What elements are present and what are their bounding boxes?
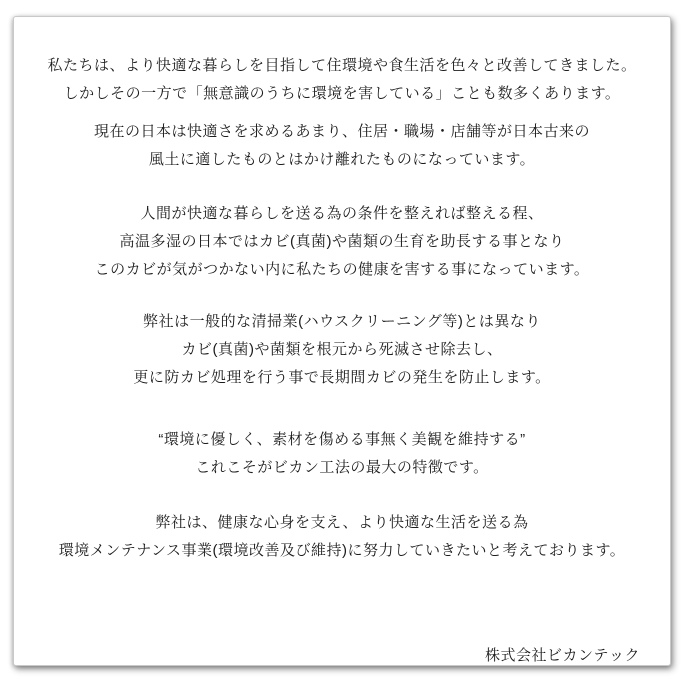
current-japan-paragraph: 現在の日本は快適さを求めるあまり、住居・職場・店舗等が日本古来の 風土に適したも… bbox=[30, 118, 654, 174]
closing-paragraph: 弊社は、健康な心身を支え、より快適な生活を送る為 環境メンテナンス事業(環境改善… bbox=[30, 509, 654, 565]
text-line: 人間が快適な暮らしを送る為の条件を整えれば整える程、 bbox=[30, 200, 654, 228]
company-service-paragraph: 弊社は一般的な清掃業(ハウスクリーニング等)とは異なり カビ(真菌)や菌類を根元… bbox=[30, 308, 654, 392]
text-line: “環境に優しく、素材を傷める事無く美観を維持する” bbox=[30, 426, 654, 454]
document-card: 私たちは、より快適な暮らしを目指して住環境や食生活を色々と改善してきました。 し… bbox=[13, 16, 671, 666]
page-background: 私たちは、より快適な暮らしを目指して住環境や食生活を色々と改善してきました。 し… bbox=[0, 0, 689, 689]
company-signature: 株式会社ビカンテック bbox=[30, 642, 654, 670]
text-line: 高温多湿の日本ではカビ(真菌)や菌類の生育を助長する事となり bbox=[30, 228, 654, 256]
text-line: 私たちは、より快適な暮らしを目指して住環境や食生活を色々と改善してきました。 bbox=[30, 52, 654, 80]
text-line: 更に防カビ処理を行う事で長期間カビの発生を防止します。 bbox=[30, 364, 654, 392]
mold-problem-paragraph: 人間が快適な暮らしを送る為の条件を整えれば整える程、 高温多湿の日本ではカビ(真… bbox=[30, 200, 654, 284]
text-line: このカビが気がつかない内に私たちの健康を害する事になっています。 bbox=[30, 256, 654, 284]
text-line: 風土に適したものとはかけ離れたものになっています。 bbox=[30, 146, 654, 174]
slogan-paragraph: “環境に優しく、素材を傷める事無く美観を維持する” これこそがビカン工法の最大の… bbox=[30, 426, 654, 482]
text-line: これこそがビカン工法の最大の特徴です。 bbox=[30, 454, 654, 482]
text-line: しかしその一方で「無意識のうちに環境を害している」ことも数多くあります。 bbox=[30, 80, 654, 108]
text-line: 弊社は一般的な清掃業(ハウスクリーニング等)とは異なり bbox=[30, 308, 654, 336]
text-line: 環境メンテナンス事業(環境改善及び維持)に努力していきたいと考えております。 bbox=[30, 537, 654, 565]
text-line: 弊社は、健康な心身を支え、より快適な生活を送る為 bbox=[30, 509, 654, 537]
text-line: 現在の日本は快適さを求めるあまり、住居・職場・店舗等が日本古来の bbox=[30, 118, 654, 146]
text-line: カビ(真菌)や菌類を根元から死滅させ除去し、 bbox=[30, 336, 654, 364]
intro-paragraph: 私たちは、より快適な暮らしを目指して住環境や食生活を色々と改善してきました。 し… bbox=[30, 52, 654, 108]
